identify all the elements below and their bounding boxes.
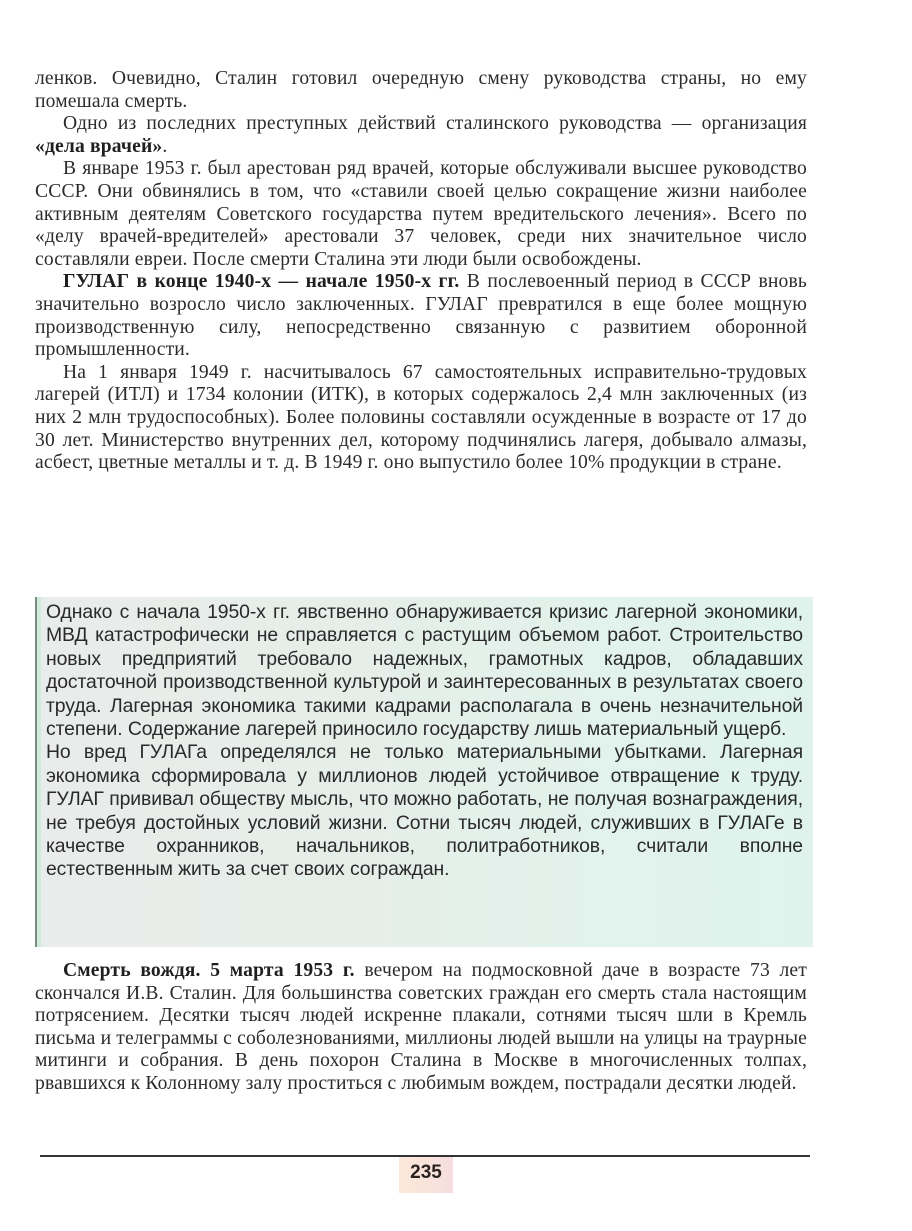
paragraph-text: В январе 1953 г. был арестован ряд враче…: [35, 158, 807, 269]
paragraph-text: ленков. Очевидно, Сталин готовил очередн…: [35, 68, 807, 112]
bold-term-doctors-plot: «дела врачей»: [35, 136, 162, 157]
main-text-top: ленков. Очевидно, Сталин готовил очередн…: [35, 68, 807, 475]
paragraph-continuation: ленков. Очевидно, Сталин готовил очередн…: [35, 68, 807, 113]
paragraph-gulag-statistics: На 1 января 1949 г. насчитывалось 67 сам…: [35, 362, 807, 475]
paragraph-text: Одно из последних преступных действий ст…: [63, 113, 807, 134]
paragraph-doctors-arrest: В январе 1953 г. был арестован ряд враче…: [35, 158, 807, 271]
box-paragraph-harm: Но вред ГУЛАГа определялся не только мат…: [46, 741, 803, 881]
main-text-bottom: Смерть вождя. 5 марта 1953 г. вечером на…: [35, 960, 807, 1096]
paragraph-gulag-postwar: ГУЛАГ в конце 1940-х — начале 1950-х гг.…: [35, 271, 807, 361]
paragraph-text: .: [162, 136, 167, 157]
highlight-box: Однако с начала 1950-х гг. явственно обн…: [35, 597, 813, 947]
box-paragraph-crisis: Однако с начала 1950-х гг. явственно обн…: [46, 601, 803, 741]
paragraph-text: На 1 января 1949 г. насчитывалось 67 сам…: [35, 362, 807, 473]
section-heading-death: Смерть вождя. 5 марта 1953 г.: [63, 960, 355, 981]
textbook-page: ленков. Очевидно, Сталин готовил очередн…: [0, 0, 912, 1231]
section-heading-gulag: ГУЛАГ в конце 1940-х — начале 1950-х гг.: [63, 271, 459, 292]
paragraph-doctors-plot-intro: Одно из последних преступных действий ст…: [35, 113, 807, 158]
paragraph-death-of-leader: Смерть вождя. 5 марта 1953 г. вечером на…: [35, 960, 807, 1096]
page-number: 235: [399, 1157, 453, 1193]
